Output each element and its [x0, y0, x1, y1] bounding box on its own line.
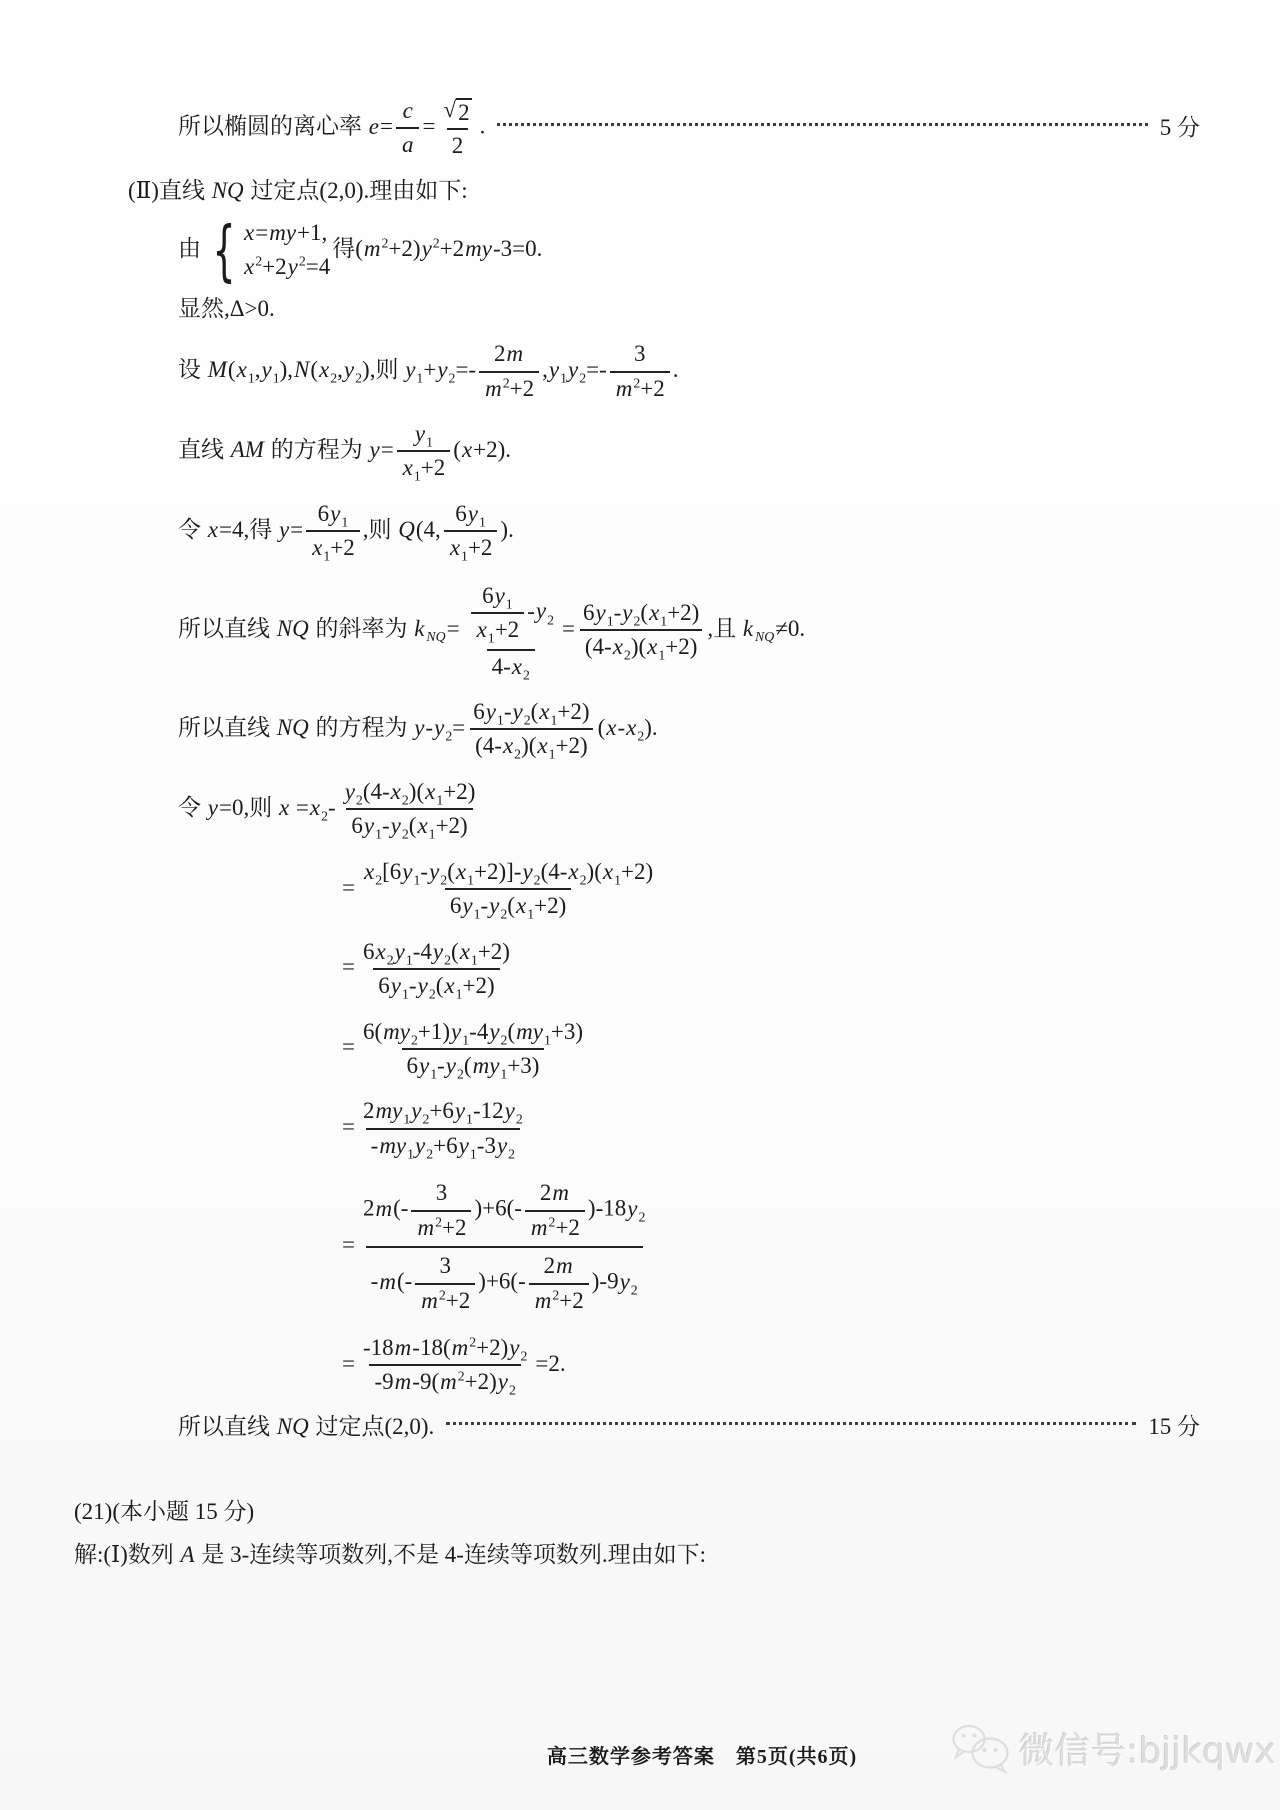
watermark-text: 微信号:bjjkqwx [1019, 1723, 1276, 1774]
score-label: 15 分 [1148, 1413, 1200, 1442]
formula: 所以直线 NQ 的斜率为 kNQ=6y1x1+2-y24-x2=6y1-y2(x… [178, 616, 805, 641]
formula: (21)(本小题 15 分) [74, 1499, 254, 1524]
formula: 所以直线 NQ 过定点(2,0). [178, 1413, 434, 1442]
math-line-3: 由{x=my+1,x2+2y2=4得(m2+2)y2+2my-3=0. [178, 220, 1280, 280]
formula: 由{x=my+1,x2+2y2=4得(m2+2)y2+2my-3=0. [178, 236, 542, 261]
math-line-18: (21)(本小题 15 分) [74, 1498, 1280, 1527]
math-line-15: =2m(-3m2+2)+6(-2mm2+2)-18y2-m(-3m2+2)+6(… [342, 1176, 1280, 1318]
formula: 直线 AM 的方程为 y=y1x1+2(x+2). [178, 437, 511, 462]
wechat-icon [949, 1722, 1011, 1774]
math-line-5: 设 M(x1,y1),N(x2,y2),则 y1+y2=-2mm2+2,y1y2… [178, 339, 1280, 404]
math-line-12: =6x2y1-4y2(x1+2)6y1-y2(x1+2) [342, 937, 1280, 1002]
formula: 令 y=0,则 x =x2-y2(4-x2)(x1+2)6y1-y2(x1+2) [178, 795, 483, 820]
solution-content: 所以椭圆的离心率 e=ca=√22.5 分(Ⅱ)直线 NQ 过定点(2,0).理… [0, 0, 1280, 1570]
formula: =6x2y1-4y2(x1+2)6y1-y2(x1+2) [342, 954, 518, 979]
math-line-10: 令 y=0,则 x =x2-y2(4-x2)(x1+2)6y1-y2(x1+2) [178, 777, 1280, 842]
formula: 显然,Δ>0. [178, 296, 275, 321]
formula: 解:(Ⅰ)数列 A 是 3-连续等项数列,不是 4-连续等项数列.理由如下: [74, 1542, 706, 1567]
formula: (Ⅱ)直线 NQ 过定点(2,0).理由如下: [128, 178, 468, 203]
formula: =6(my2+1)y1-4y2(my1+3)6y1-y2(my1+3) [342, 1034, 591, 1059]
math-line-11: =x2[6y1-y2(x1+2)]-y2(4-x2)(x1+2)6y1-y2(x… [342, 857, 1280, 922]
math-line-4: 显然,Δ>0. [178, 295, 1280, 324]
math-line-9: 所以直线 NQ 的方程为 y-y2=6y1-y2(x1+2)(4-x2)(x1+… [178, 697, 1280, 762]
formula: =2m(-3m2+2)+6(-2mm2+2)-18y2-m(-3m2+2)+6(… [342, 1232, 653, 1257]
math-line-17: 所以直线 NQ 过定点(2,0).15 分 [178, 1413, 1200, 1442]
answer-sheet-page: 所以椭圆的离心率 e=ca=√22.5 分(Ⅱ)直线 NQ 过定点(2,0).理… [0, 0, 1280, 1810]
math-line-8: 所以直线 NQ 的斜率为 kNQ=6y1x1+2-y24-x2=6y1-y2(x… [178, 579, 1280, 682]
math-line-13: =6(my2+1)y1-4y2(my1+3)6y1-y2(my1+3) [342, 1017, 1280, 1082]
formula: 设 M(x1,y1),N(x2,y2),则 y1+y2=-2mm2+2,y1y2… [178, 357, 679, 382]
formula: =x2[6y1-y2(x1+2)]-y2(4-x2)(x1+2)6y1-y2(x… [342, 875, 661, 900]
dotted-leader [497, 123, 1147, 126]
math-line-1: 所以椭圆的离心率 e=ca=√22.5 分 [178, 95, 1200, 162]
formula: 所以椭圆的离心率 e=ca=√22. [178, 95, 485, 162]
formula: =2my1y2+6y1-12y2-my1y2+6y1-3y2 [342, 1114, 531, 1139]
formula: 令 x=4,得 y=6y1x1+2,则 Q(4,6y1x1+2). [178, 517, 514, 542]
math-line-2: (Ⅱ)直线 NQ 过定点(2,0).理由如下: [128, 177, 1280, 206]
math-line-6: 直线 AM 的方程为 y=y1x1+2(x+2). [178, 419, 1280, 484]
math-line-14: =2my1y2+6y1-12y2-my1y2+6y1-3y2 [342, 1096, 1280, 1161]
dotted-leader [446, 1422, 1136, 1425]
formula: 所以直线 NQ 的方程为 y-y2=6y1-y2(x1+2)(4-x2)(x1+… [178, 715, 658, 740]
math-line-16: =-18m-18(m2+2)y2-9m-9(m2+2)y2=2. [342, 1333, 1280, 1398]
watermark: 微信号:bjjkqwx [949, 1722, 1276, 1774]
math-line-19: 解:(Ⅰ)数列 A 是 3-连续等项数列,不是 4-连续等项数列.理由如下: [74, 1541, 1280, 1570]
score-label: 5 分 [1160, 114, 1200, 143]
formula: =-18m-18(m2+2)y2-9m-9(m2+2)y2=2. [342, 1351, 566, 1376]
math-line-7: 令 x=4,得 y=6y1x1+2,则 Q(4,6y1x1+2). [178, 499, 1280, 564]
